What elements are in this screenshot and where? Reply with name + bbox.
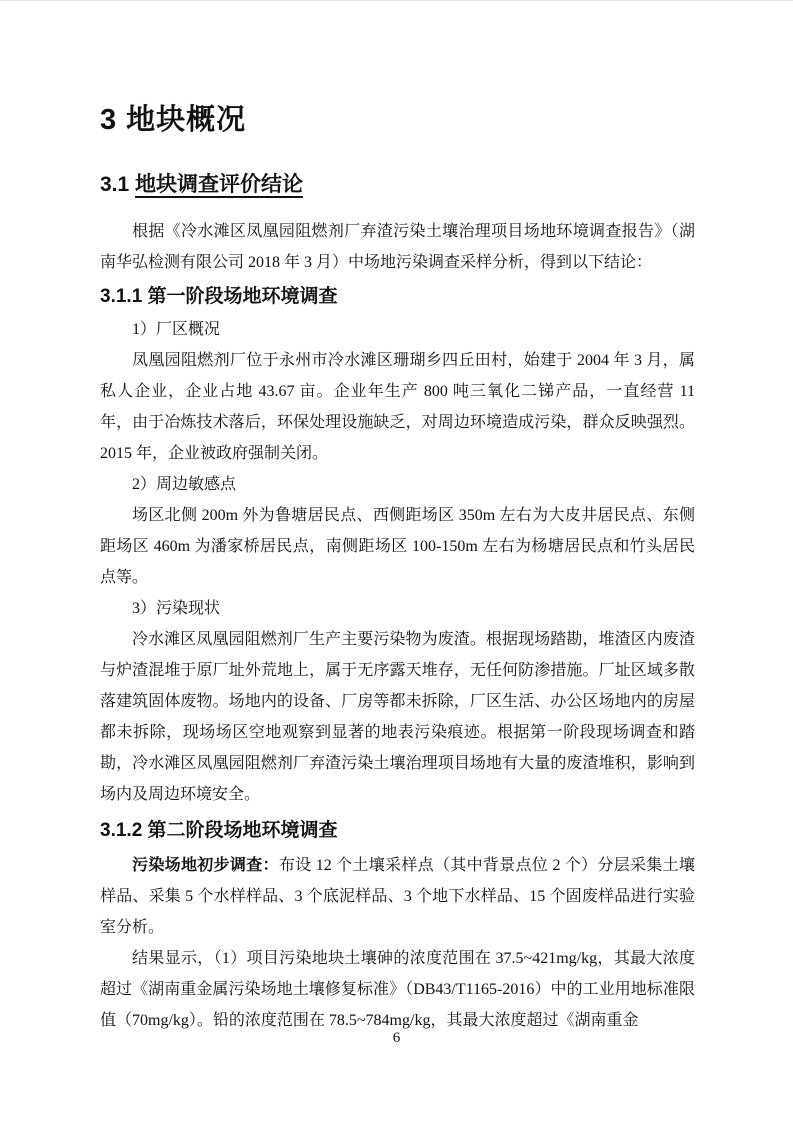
section-title: 地块调查评价结论: [135, 173, 303, 196]
page-number: 6: [0, 1030, 793, 1047]
section-number: 3.1: [100, 173, 135, 196]
document-content: 3 地块概况 3.1 地块调查评价结论 根据《冷水滩区凤凰园阻燃剂厂弃渣污染土壤…: [0, 1, 793, 1036]
document-page: 3 地块概况 3.1 地块调查评价结论 根据《冷水滩区凤凰园阻燃剂厂弃渣污染土壤…: [0, 0, 793, 1122]
paragraph-factory-overview: 凤凰园阻燃剂厂位于永州市冷水滩区珊瑚乡四丘田村，始建于 2004 年 3 月，属…: [100, 345, 695, 469]
paragraph-pollution-status: 冷水滩区凤凰园阻燃剂厂生产主要污染物为废渣。根据现场踏勘，堆渣区内废渣与炉渣混堆…: [100, 624, 695, 810]
item-label-3: 3）污染现状: [100, 593, 695, 624]
intro-paragraph: 根据《冷水滩区凤凰园阻燃剂厂弃渣污染土壤治理项目场地环境调查报告》（湖南华弘检测…: [100, 216, 695, 278]
subsection-heading-1: 3.1.1 第一阶段场地环境调查: [100, 283, 695, 311]
item-label-2: 2）周边敏感点: [100, 469, 695, 500]
chapter-heading: 3 地块概况: [100, 102, 695, 138]
item-label-1: 1）厂区概况: [100, 314, 695, 345]
paragraph-sensitive-points: 场区北侧 200m 外为鲁塘居民点、西侧距场区 350m 左右为大皮井居民点、东…: [100, 500, 695, 593]
paragraph-results: 结果显示，（1）项目污染地块土壤砷的浓度范围在 37.5~421mg/kg，其最…: [100, 943, 695, 1036]
section-heading: 3.1 地块调查评价结论: [100, 171, 695, 199]
subsection-heading-2: 3.1.2 第二阶段场地环境调查: [100, 817, 695, 845]
paragraph-preliminary-survey: 污染场地初步调查：布设 12 个土壤采样点（其中背景点位 2 个）分层采集土壤样…: [100, 850, 695, 943]
survey-lead-label: 污染场地初步调查：: [132, 857, 279, 874]
